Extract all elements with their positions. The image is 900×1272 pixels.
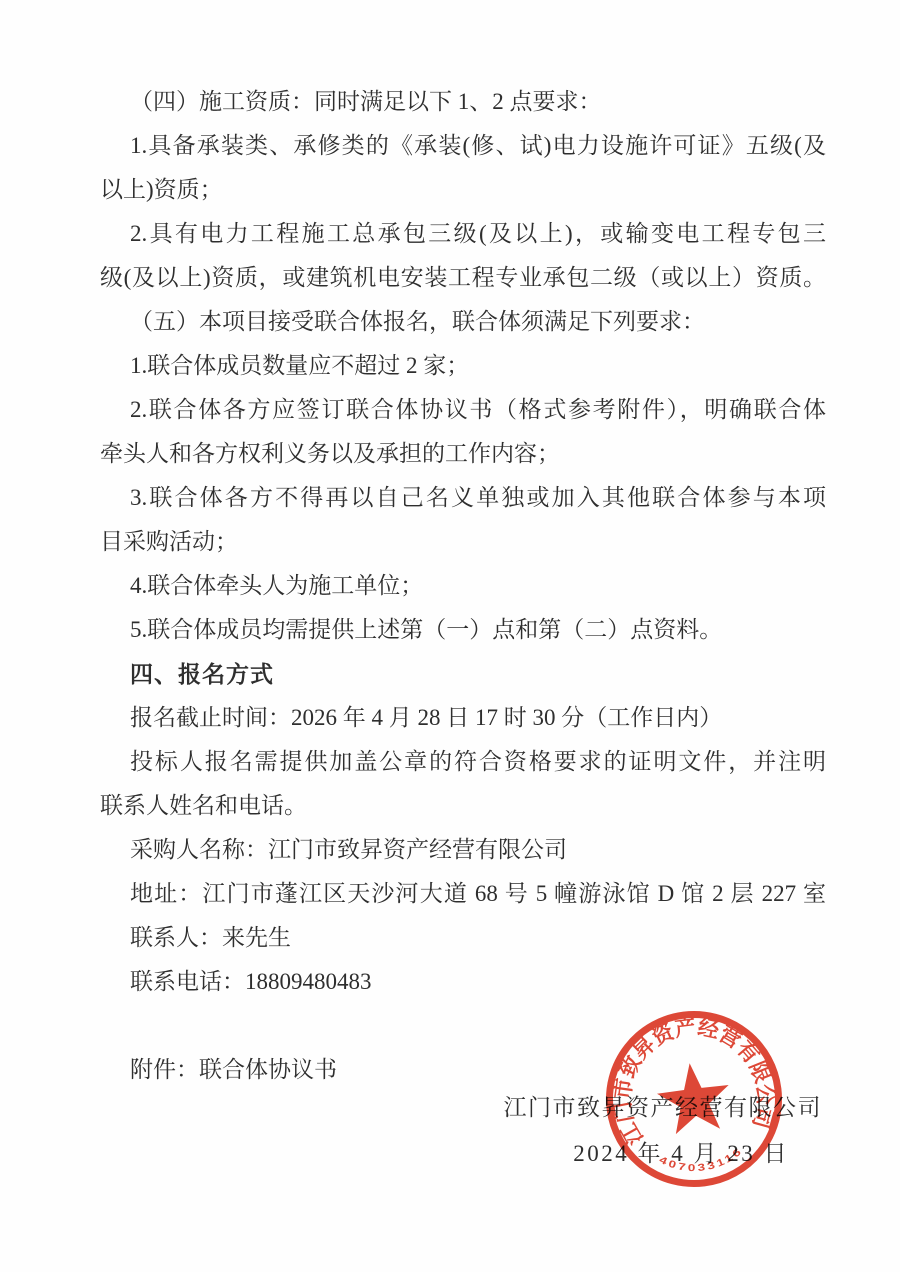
text-line: 以上)资质；: [100, 168, 826, 212]
text-line: 级(及以上)资质，或建筑机电安装工程专业承包二级（或以上）资质。: [100, 256, 826, 300]
text-line: 投标人报名需提供加盖公章的符合资格要求的证明文件，并注明: [100, 740, 826, 784]
text-line: 联系人姓名和电话。: [100, 784, 826, 828]
text-line: 1.具备承装类、承修类的《承装(修、试)电力设施许可证》五级(及: [100, 124, 826, 168]
text-line: 1.联合体成员数量应不超过 2 家；: [100, 344, 826, 388]
text-line: 牵头人和各方权利义务以及承担的工作内容；: [100, 432, 826, 476]
star-icon: [654, 1059, 734, 1136]
text-line: 2.具有电力工程施工总承包三级(及以上)，或输变电工程专包三: [100, 212, 826, 256]
text-line: （四）施工资质：同时满足以下 1、2 点要求：: [100, 80, 826, 124]
section-heading: 四、报名方式: [100, 652, 826, 696]
text-line: 2.联合体各方应签订联合体协议书（格式参考附件），明确联合体: [100, 388, 826, 432]
phone-line: 联系电话：18809480483: [100, 960, 826, 1004]
text-line: 3.联合体各方不得再以自己名义单独或加入其他联合体参与本项: [100, 476, 826, 520]
document-page: （四）施工资质：同时满足以下 1、2 点要求： 1.具备承装类、承修类的《承装(…: [0, 0, 900, 1272]
text-line: 目采购活动；: [100, 520, 826, 564]
text-line: （五）本项目接受联合体报名，联合体须满足下列要求：: [100, 300, 826, 344]
text-line: 4.联合体牵头人为施工单位；: [100, 564, 826, 608]
address-line: 地址：江门市蓬江区天沙河大道 68 号 5 幢游泳馆 D 馆 2 层 227 室: [100, 872, 826, 916]
text-line: 5.联合体成员均需提供上述第（一）点和第（二）点资料。: [100, 608, 826, 652]
deadline-line: 报名截止时间：2026 年 4 月 28 日 17 时 30 分（工作日内）: [100, 696, 826, 740]
contact-line: 联系人：来先生: [100, 916, 826, 960]
purchaser-line: 采购人名称：江门市致昇资产经营有限公司: [100, 828, 826, 872]
document-body: （四）施工资质：同时满足以下 1、2 点要求： 1.具备承装类、承修类的《承装(…: [100, 80, 826, 1092]
company-seal: 江门市致昇资产经营有限公司 44070331168: [593, 998, 796, 1201]
